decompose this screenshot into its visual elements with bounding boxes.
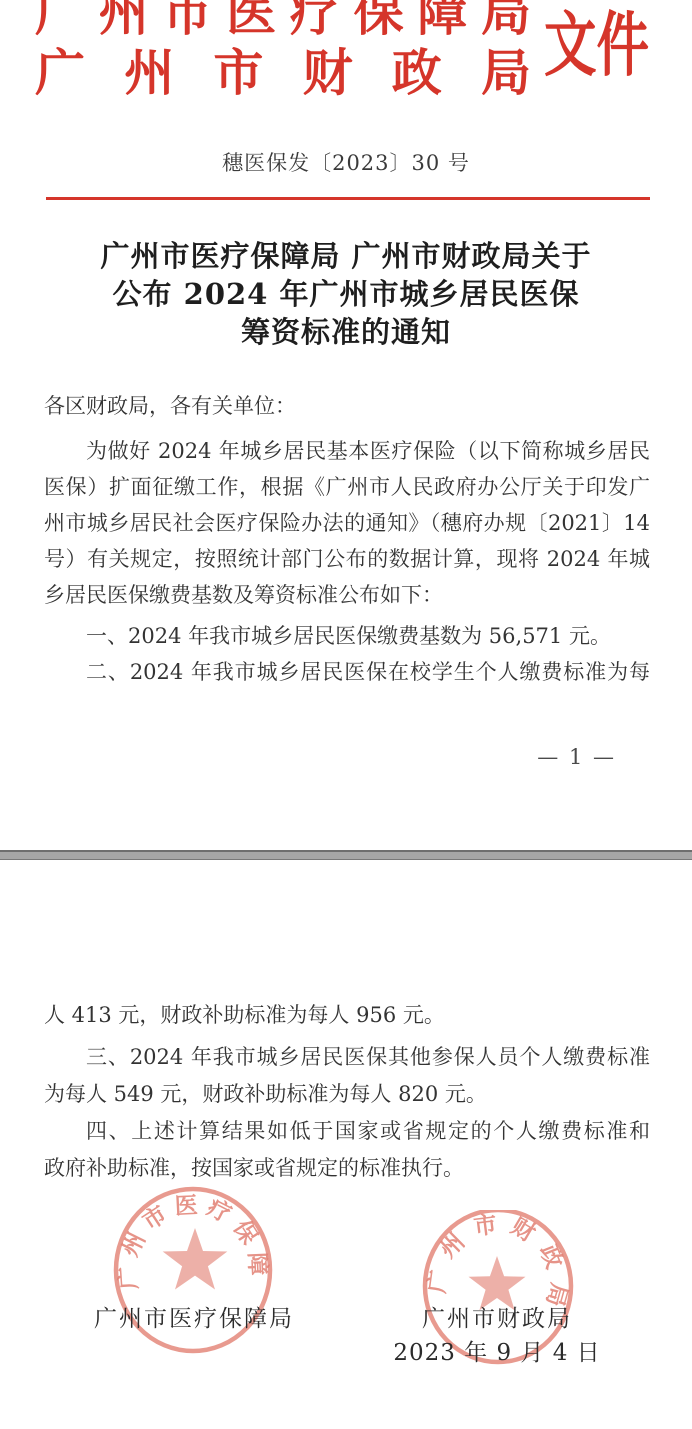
document-scan: { "header": { "agency_line1": "广州市医疗保障局"…: [0, 0, 692, 1429]
body-line: 政府补助标准，按国家或省规定的标准执行。: [44, 1150, 650, 1187]
body-line: 医保）扩面征缴工作，根据《广州市人民政府办公厅关于印发广: [44, 469, 650, 505]
body-line: 四、上述计算结果如低于国家或省规定的个人缴费标准和: [44, 1113, 650, 1150]
body-line: 州市城乡居民社会医疗保险办法的通知》（穗府办规〔2021〕14: [44, 505, 650, 541]
seal-star-icon: [163, 1228, 228, 1290]
title-line-1: 广州市医疗保障局 广州市财政局关于: [0, 237, 692, 275]
seal-star-icon: [469, 1256, 526, 1310]
letterhead-agency-1: 广州市医疗保障局: [35, 0, 531, 38]
letterhead-agency-2: 广州市财政局: [35, 48, 531, 98]
signature-date: 2023 年 9 月 4 日: [382, 1338, 612, 1368]
page1-body: 各区财政局，各有关单位： 为做好 2024 年城乡居民基本医疗保险（以下简称城乡…: [44, 388, 650, 690]
body-line: 一、2024 年我市城乡居民医保缴费基数为 56,571 元。: [44, 618, 650, 654]
page2-body: 人 413 元，财政补助标准为每人 956 元。 三、2024 年我市城乡居民医…: [44, 997, 650, 1187]
title-line-3: 筹资标准的通知: [0, 313, 692, 351]
signature-left-agency: 广州市医疗保障局: [44, 1304, 344, 1334]
salutation: 各区财政局，各有关单位：: [44, 388, 650, 424]
page-number: — 1 —: [44, 744, 650, 770]
document-title: 广州市医疗保障局 广州市财政局关于 公布 2024 年广州市城乡居民医保 筹资标…: [0, 237, 692, 351]
body-line: 为做好 2024 年城乡居民基本医疗保险（以下简称城乡居民: [44, 433, 650, 469]
letterhead-doc-type: 文件: [544, 10, 649, 80]
body-line: 人 413 元，财政补助标准为每人 956 元。: [44, 997, 650, 1034]
body-line: 号）有关规定，按照统计部门公布的数据计算，现将 2024 年城: [44, 541, 650, 577]
signature-right-agency: 广州市财政局: [392, 1304, 602, 1334]
body-line: 乡居民医保缴费基数及筹资标准公布如下：: [44, 577, 650, 613]
body-line: 三、2024 年我市城乡居民医保其他参保人员个人缴费标准: [44, 1039, 650, 1076]
letterhead-rule: [46, 197, 650, 200]
body-line: 为每人 549 元，财政补助标准为每人 820 元。: [44, 1076, 650, 1113]
page-separator: [0, 850, 692, 860]
title-line-2: 公布 2024 年广州市城乡居民医保: [0, 275, 692, 313]
doc-number: 穗医保发〔2023〕30 号: [0, 150, 692, 176]
body-line: 二、2024 年我市城乡居民医保在校学生个人缴费标准为每: [44, 654, 650, 690]
